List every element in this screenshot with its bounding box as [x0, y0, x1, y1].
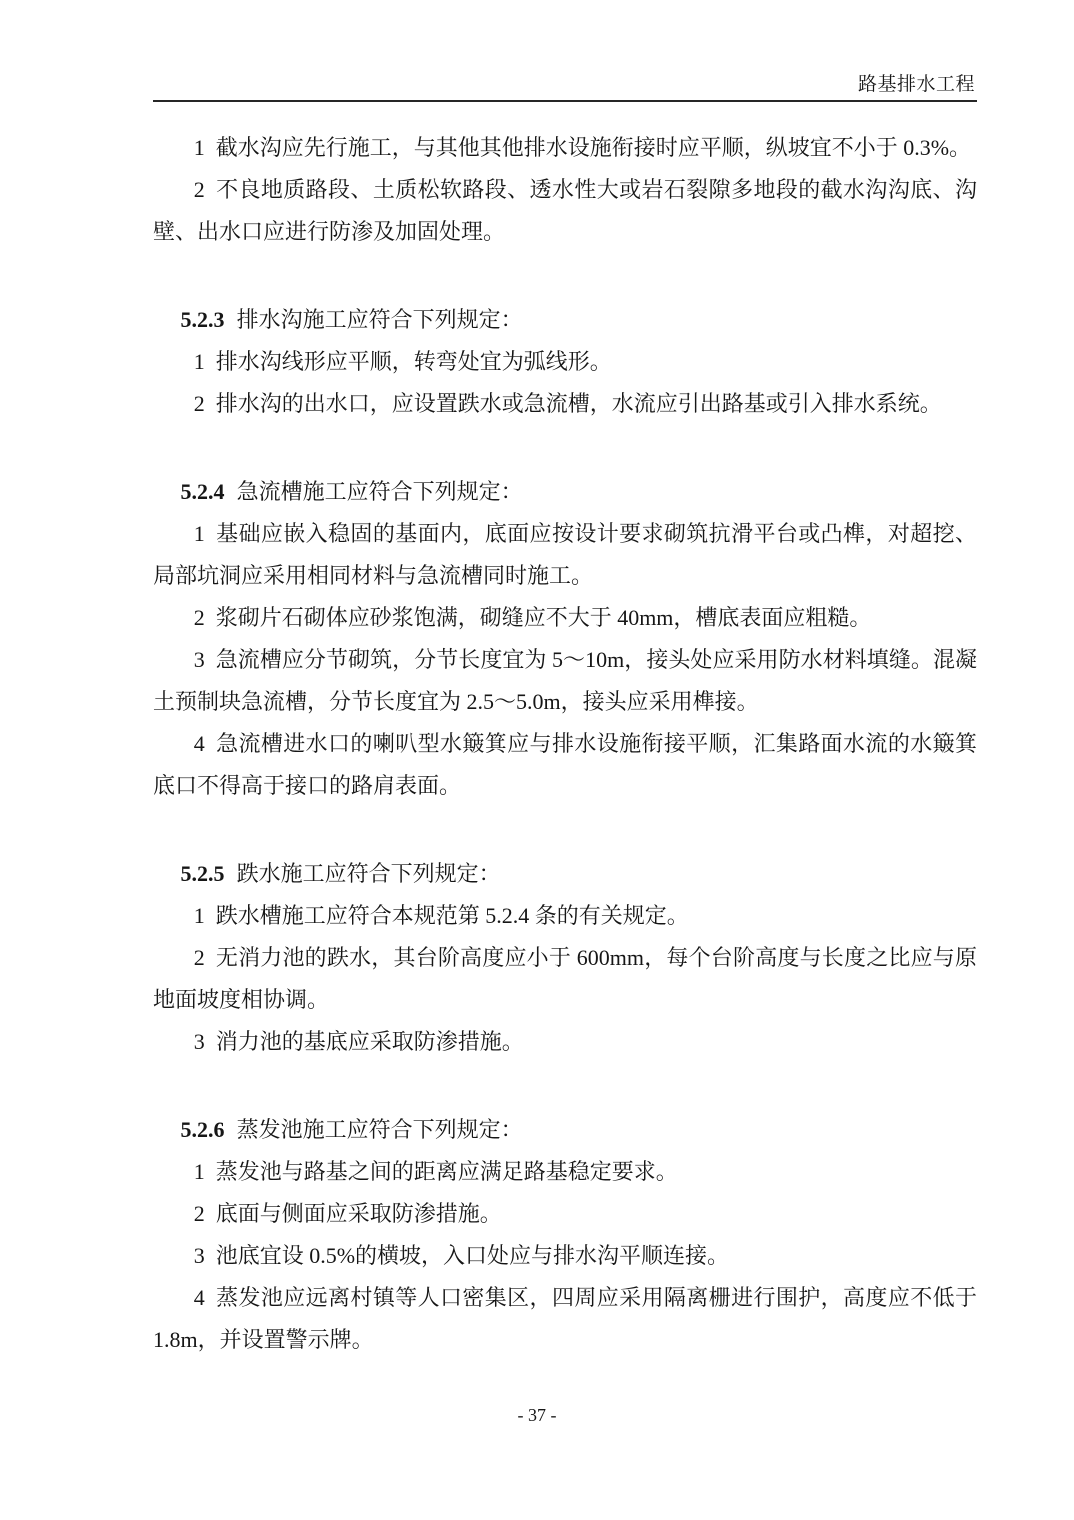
section-heading: 5.2.4急流槽施工应符合下列规定：: [153, 471, 977, 513]
clause-text: 截水沟应先行施工，与其他其他排水设施衔接时应平顺，纵坡宜不小于 0.3%。: [216, 135, 971, 160]
clause-number: 2: [194, 391, 205, 416]
clause-number: 2: [194, 945, 205, 970]
clause-text: 基础应嵌入稳固的基面内，底面应按设计要求砌筑抗滑平台或凸榫，对超挖、局部坑洞应采…: [153, 521, 977, 588]
section-5-2-4: 5.2.4急流槽施工应符合下列规定： 1基础应嵌入稳固的基面内，底面应按设计要求…: [153, 471, 977, 807]
clause-number: 2: [194, 1201, 205, 1226]
clause-item: 2排水沟的出水口，应设置跌水或急流槽，水流应引出路基或引入排水系统。: [153, 383, 977, 425]
section-heading: 5.2.5跌水施工应符合下列规定：: [153, 853, 977, 895]
clause-text: 排水沟线形应平顺，转弯处宜为弧线形。: [216, 349, 612, 374]
clause-number: 1: [194, 521, 205, 546]
clause-item: 2浆砌片石砌体应砂浆饱满，砌缝应不大于 40mm，槽底表面应粗糙。: [153, 597, 977, 639]
clause-item: 1跌水槽施工应符合本规范第 5.2.4 条的有关规定。: [153, 895, 977, 937]
section-title: 蒸发池施工应符合下列规定：: [237, 1117, 523, 1142]
page-header: 路基排水工程: [153, 0, 977, 104]
clause-text: 不良地质路段、土质松软路段、透水性大或岩石裂隙多地段的截水沟沟底、沟壁、出水口应…: [153, 177, 977, 244]
section-5-2-3: 5.2.3排水沟施工应符合下列规定： 1排水沟线形应平顺，转弯处宜为弧线形。 2…: [153, 299, 977, 425]
clause-item: 1截水沟应先行施工，与其他其他排水设施衔接时应平顺，纵坡宜不小于 0.3%。: [153, 127, 977, 169]
clause-item: 1蒸发池与路基之间的距离应满足路基稳定要求。: [153, 1151, 977, 1193]
section-number: 5.2.4: [181, 479, 225, 504]
clause-text: 无消力池的跌水，其台阶高度应小于 600mm，每个台阶高度与长度之比应与原地面坡…: [153, 945, 977, 1012]
clause-item: 4急流槽进水口的喇叭型水簸箕应与排水设施衔接平顺，汇集路面水流的水簸箕底口不得高…: [153, 723, 977, 807]
clause-number: 4: [194, 731, 205, 756]
clause-number: 2: [194, 177, 205, 202]
clause-item: 3急流槽应分节砌筑，分节长度宜为 5～10m，接头处应采用防水材料填缝。混凝土预…: [153, 639, 977, 723]
clause-item: 2不良地质路段、土质松软路段、透水性大或岩石裂隙多地段的截水沟沟底、沟壁、出水口…: [153, 169, 977, 253]
header-rule: [153, 100, 977, 102]
clause-text: 池底宜设 0.5%的横坡，入口处应与排水沟平顺连接。: [216, 1243, 729, 1268]
document-body: 1截水沟应先行施工，与其他其他排水设施衔接时应平顺，纵坡宜不小于 0.3%。 2…: [153, 127, 977, 1361]
clause-item: 1基础应嵌入稳固的基面内，底面应按设计要求砌筑抗滑平台或凸榫，对超挖、局部坑洞应…: [153, 513, 977, 597]
page-number: - 37 -: [518, 1405, 557, 1425]
clause-item: 4蒸发池应远离村镇等人口密集区，四周应采用隔离栅进行围护，高度应不低于 1.8m…: [153, 1277, 977, 1361]
clause-item: 3池底宜设 0.5%的横坡，入口处应与排水沟平顺连接。: [153, 1235, 977, 1277]
clause-text: 跌水槽施工应符合本规范第 5.2.4 条的有关规定。: [216, 903, 689, 928]
clause-number: 3: [194, 1243, 205, 1268]
clause-item: 2无消力池的跌水，其台阶高度应小于 600mm，每个台阶高度与长度之比应与原地面…: [153, 937, 977, 1021]
clause-item: 2底面与侧面应采取防渗措施。: [153, 1193, 977, 1235]
clause-number: 3: [194, 1029, 205, 1054]
clause-text: 蒸发池与路基之间的距离应满足路基稳定要求。: [216, 1159, 678, 1184]
section-number: 5.2.5: [181, 861, 225, 886]
section-5-2-6: 5.2.6蒸发池施工应符合下列规定： 1蒸发池与路基之间的距离应满足路基稳定要求…: [153, 1109, 977, 1361]
document-page: 路基排水工程 1截水沟应先行施工，与其他其他排水设施衔接时应平顺，纵坡宜不小于 …: [0, 0, 1074, 1520]
clause-number: 1: [194, 1159, 205, 1184]
clause-number: 1: [194, 903, 205, 928]
section-heading: 5.2.6蒸发池施工应符合下列规定：: [153, 1109, 977, 1151]
clause-text: 消力池的基底应采取防渗措施。: [216, 1029, 524, 1054]
section-title: 排水沟施工应符合下列规定：: [237, 307, 523, 332]
clause-text: 急流槽应分节砌筑，分节长度宜为 5～10m，接头处应采用防水材料填缝。混凝土预制…: [153, 647, 977, 714]
clause-text: 浆砌片石砌体应砂浆饱满，砌缝应不大于 40mm，槽底表面应粗糙。: [216, 605, 872, 630]
clause-number: 3: [194, 647, 205, 672]
section-title: 跌水施工应符合下列规定：: [237, 861, 501, 886]
clause-item: 3消力池的基底应采取防渗措施。: [153, 1021, 977, 1063]
clause-number: 2: [194, 605, 205, 630]
clause-text: 蒸发池应远离村镇等人口密集区，四周应采用隔离栅进行围护，高度应不低于 1.8m，…: [153, 1285, 977, 1352]
clause-text: 排水沟的出水口，应设置跌水或急流槽，水流应引出路基或引入排水系统。: [216, 391, 942, 416]
clause-number: 1: [194, 349, 205, 374]
section-5-2-5: 5.2.5跌水施工应符合下列规定： 1跌水槽施工应符合本规范第 5.2.4 条的…: [153, 853, 977, 1063]
clause-number: 4: [194, 1285, 205, 1310]
section-number: 5.2.6: [181, 1117, 225, 1142]
clause-text: 底面与侧面应采取防渗措施。: [216, 1201, 502, 1226]
clause-item: 1排水沟线形应平顺，转弯处宜为弧线形。: [153, 341, 977, 383]
section-number: 5.2.3: [181, 307, 225, 332]
header-title: 路基排水工程: [858, 74, 975, 96]
clause-text: 急流槽进水口的喇叭型水簸箕应与排水设施衔接平顺，汇集路面水流的水簸箕底口不得高于…: [153, 731, 977, 798]
clause-number: 1: [194, 135, 205, 160]
section-heading: 5.2.3排水沟施工应符合下列规定：: [153, 299, 977, 341]
section-title: 急流槽施工应符合下列规定：: [237, 479, 523, 504]
page-footer: - 37 -: [0, 1403, 1074, 1427]
